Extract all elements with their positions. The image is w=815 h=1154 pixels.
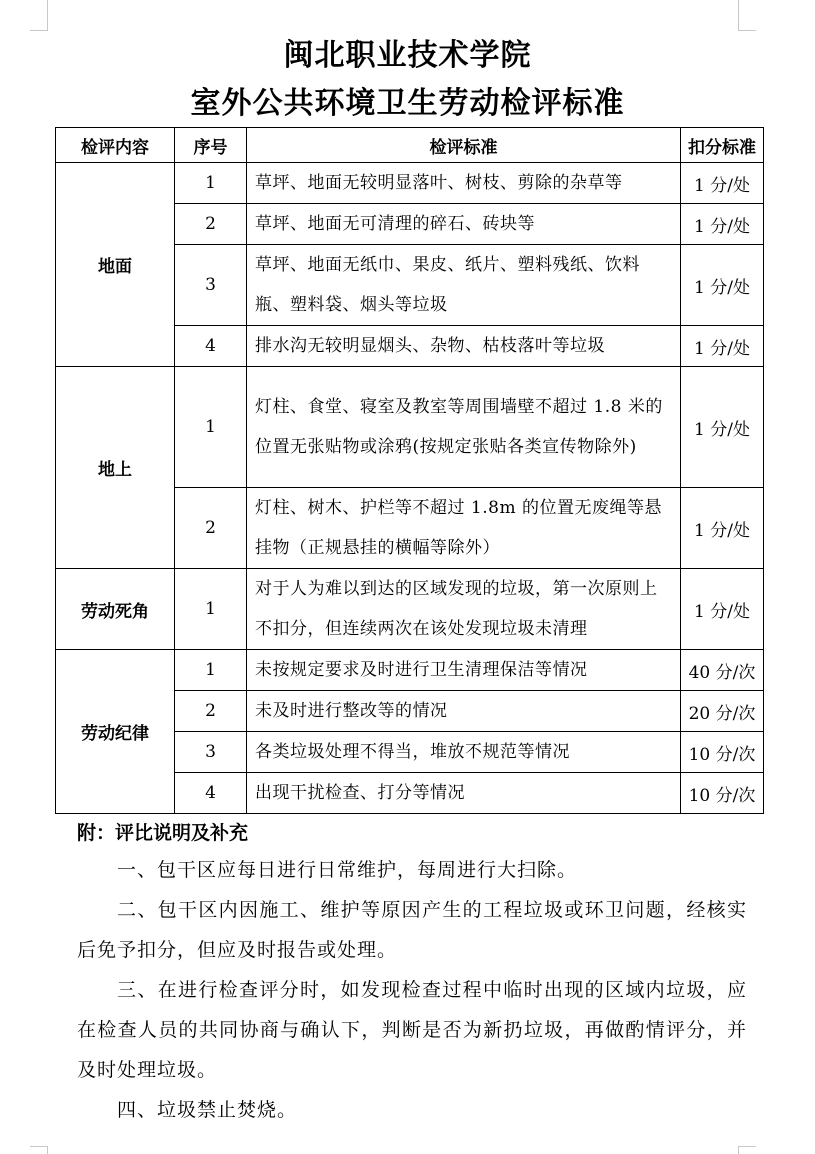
row-number: 1 xyxy=(175,367,247,488)
row-number: 1 xyxy=(175,163,247,204)
row-standard: 草坪、地面无纸巾、果皮、纸片、塑料残纸、饮料瓶、塑料袋、烟头等垃圾 xyxy=(247,245,681,326)
row-deduction: 10 分/次 xyxy=(681,732,764,773)
row-number: 2 xyxy=(175,204,247,245)
row-standard: 灯柱、食堂、寝室及教室等周围墙壁不超过 1.8 米的位置无张贴物或涂鸦(按规定张… xyxy=(247,367,681,488)
category-labor-dead-corner: 劳动死角 xyxy=(56,569,175,650)
header-number: 序号 xyxy=(175,128,247,163)
header-deduction: 扣分标准 xyxy=(681,128,764,163)
page-corner-mark-bottom-right xyxy=(738,1146,756,1154)
header-category: 检评内容 xyxy=(56,128,175,163)
table-header-row: 检评内容 序号 检评标准 扣分标准 xyxy=(56,128,764,163)
row-standard: 草坪、地面无可清理的碎石、砖块等 xyxy=(247,204,681,245)
row-number: 2 xyxy=(175,488,247,569)
table-row: 劳动纪律 1 未按规定要求及时进行卫生清理保洁等情况 40 分/次 xyxy=(56,650,764,691)
page-corner-mark-top-right xyxy=(738,0,756,31)
row-number: 4 xyxy=(175,326,247,367)
row-standard: 对于人为难以到达的区域发现的垃圾，第一次原则上不扣分，但连续两次在该处发现垃圾未… xyxy=(247,569,681,650)
row-standard: 排水沟无较明显烟头、杂物、枯枝落叶等垃圾 xyxy=(247,326,681,367)
note-item: 一、包干区应每日进行日常维护，每周进行大扫除。 xyxy=(77,850,747,890)
row-deduction: 20 分/次 xyxy=(681,691,764,732)
row-standard: 灯柱、树木、护栏等不超过 1.8m 的位置无废绳等悬挂物（正规悬挂的横幅等除外） xyxy=(247,488,681,569)
table-row: 地面 1 草坪、地面无较明显落叶、树枝、剪除的杂草等 1 分/处 xyxy=(56,163,764,204)
document-title-school: 闽北职业技术学院 xyxy=(0,36,815,76)
row-number: 1 xyxy=(175,569,247,650)
row-standard: 未按规定要求及时进行卫生清理保洁等情况 xyxy=(247,650,681,691)
category-above-ground: 地上 xyxy=(56,367,175,569)
row-standard: 各类垃圾处理不得当，堆放不规范等情况 xyxy=(247,732,681,773)
header-standard: 检评标准 xyxy=(247,128,681,163)
note-item: 三、在进行检查评分时，如发现检查过程中临时出现的区域内垃圾，应在检查人员的共同协… xyxy=(77,970,747,1090)
row-deduction: 1 分/处 xyxy=(681,245,764,326)
table-row: 劳动死角 1 对于人为难以到达的区域发现的垃圾，第一次原则上不扣分，但连续两次在… xyxy=(56,569,764,650)
row-deduction: 1 分/处 xyxy=(681,569,764,650)
document-title-standard: 室外公共环境卫生劳动检评标准 xyxy=(0,84,815,124)
row-deduction: 1 分/处 xyxy=(681,326,764,367)
row-number: 3 xyxy=(175,245,247,326)
table-row: 地上 1 灯柱、食堂、寝室及教室等周围墙壁不超过 1.8 米的位置无张贴物或涂鸦… xyxy=(56,367,764,488)
note-item: 四、垃圾禁止焚烧。 xyxy=(77,1090,747,1130)
row-number: 4 xyxy=(175,773,247,814)
supplementary-notes: 附：评比说明及补充 一、包干区应每日进行日常维护，每周进行大扫除。 二、包干区内… xyxy=(77,816,747,1130)
row-number: 3 xyxy=(175,732,247,773)
row-standard: 草坪、地面无较明显落叶、树枝、剪除的杂草等 xyxy=(247,163,681,204)
note-item: 二、包干区内因施工、维护等原因产生的工程垃圾或环卫问题，经核实后免予扣分，但应及… xyxy=(77,890,747,970)
page-corner-mark-top-left xyxy=(30,0,48,31)
category-ground: 地面 xyxy=(56,163,175,367)
row-deduction: 1 分/处 xyxy=(681,163,764,204)
row-deduction: 1 分/处 xyxy=(681,204,764,245)
row-deduction: 10 分/次 xyxy=(681,773,764,814)
row-number: 1 xyxy=(175,650,247,691)
notes-heading: 附：评比说明及补充 xyxy=(77,816,747,850)
category-labor-discipline: 劳动纪律 xyxy=(56,650,175,814)
inspection-standard-table: 检评内容 序号 检评标准 扣分标准 地面 1 草坪、地面无较明显落叶、树枝、剪除… xyxy=(55,127,764,814)
row-deduction: 1 分/处 xyxy=(681,367,764,488)
row-standard: 未及时进行整改等的情况 xyxy=(247,691,681,732)
row-standard: 出现干扰检查、打分等情况 xyxy=(247,773,681,814)
row-deduction: 40 分/次 xyxy=(681,650,764,691)
page-corner-mark-bottom-left xyxy=(30,1146,48,1154)
row-deduction: 1 分/处 xyxy=(681,488,764,569)
row-number: 2 xyxy=(175,691,247,732)
